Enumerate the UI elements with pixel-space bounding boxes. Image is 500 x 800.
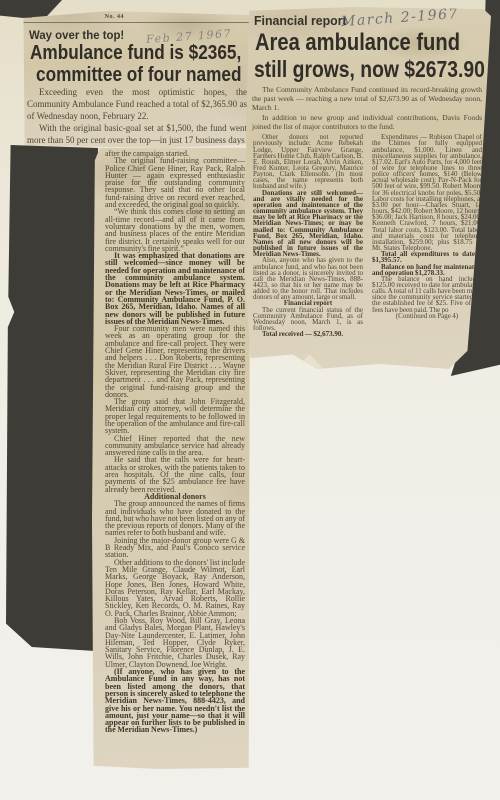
right-article-headline-line1: Area ambulance fund (255, 30, 453, 56)
article-paragraph: Other donors not reported previously inc… (253, 134, 363, 189)
left-clipping-headline-block: 10c No. 44 Feb 27 1967 Way over the top!… (20, 11, 253, 148)
article-paragraph: The group announced the names of firms a… (105, 500, 245, 536)
article-paragraph: He said that the calls were for heart-at… (105, 456, 245, 492)
masthead-issue-number: No. 44 (105, 14, 124, 20)
article-paragraph: Other additions to the donors' list incl… (105, 559, 245, 617)
article-paragraph: “We think this comes close to setting an… (105, 208, 245, 252)
article-paragraph: The current financial status of the Comm… (253, 307, 363, 332)
article-paragraph: The original fund-raising committee—Poli… (105, 157, 245, 208)
article-paragraph: Balance on hand for maintenance and oper… (372, 264, 482, 276)
article-paragraph: Four community men were named this week … (105, 325, 245, 398)
right-article-right-column: Expenditures — Robison Chapel of the Chi… (372, 134, 482, 356)
article-paragraph: (Continued on Page 4) (372, 313, 482, 319)
article-paragraph: Bob Voss, Roy Wood, Bill Gray, Leona and… (105, 617, 245, 668)
scrapbook-page: 10c No. 44 Feb 27 1967 Way over the top!… (0, 0, 500, 800)
newspaper-masthead: 10c No. 44 (22, 14, 249, 23)
left-article-headline-line2: committee of four named (36, 65, 223, 87)
article-paragraph: (If anyone, who has given to the Ambulan… (105, 668, 245, 734)
left-article-body: after the campaign started.The original … (92, 148, 250, 738)
right-article-headline-line2: still grows, now $2673.90 (254, 57, 453, 82)
article-paragraph: The group said that John Fitzgerald, Mer… (105, 398, 245, 434)
article-paragraph: Total all expenditures to date—$1,395.57… (372, 251, 482, 263)
article-paragraph: Also, anyone who has given to the ambula… (253, 257, 363, 300)
left-article-lead: Exceeding even the most optimistic hopes… (27, 86, 247, 146)
article-paragraph: Total received — $2,673.90. (253, 331, 363, 337)
article-paragraph: Joining the major-donor group were G & B… (105, 537, 245, 559)
right-clipping: Financial report March 2-1967 Area ambul… (243, 7, 491, 369)
right-article-columns: Other donors not reported previously inc… (253, 134, 482, 356)
right-article-lead: The Community Ambulance Fund continued i… (252, 85, 482, 131)
left-clipping-body-column: after the campaign started.The original … (92, 148, 250, 769)
article-paragraph: Donations are still welcomed—and are vit… (253, 190, 363, 258)
left-article-kicker: Way over the top! (29, 28, 242, 42)
article-paragraph: Exceeding even the most optimistic hopes… (27, 86, 247, 122)
article-paragraph: The balance on hand includes $125.00 rec… (372, 276, 482, 313)
right-article-left-column: Other donors not reported previously inc… (253, 134, 363, 356)
article-paragraph: Chief Hiner reported that the new commun… (105, 435, 245, 457)
article-paragraph: The Community Ambulance Fund continued i… (252, 85, 482, 113)
clipping-fold-corner (295, 354, 323, 369)
dark-backing-left-band (6, 145, 98, 651)
article-paragraph: In addition to new group and individual … (252, 113, 482, 132)
left-article-headline-line1: Ambulance fund is $2365, (30, 43, 222, 65)
article-paragraph: It was emphasized that donations are sti… (105, 252, 245, 325)
article-paragraph: With the original basic-goal set at $1,5… (27, 122, 247, 146)
article-paragraph: Expenditures — Robison Chapel of the Chi… (372, 134, 482, 251)
